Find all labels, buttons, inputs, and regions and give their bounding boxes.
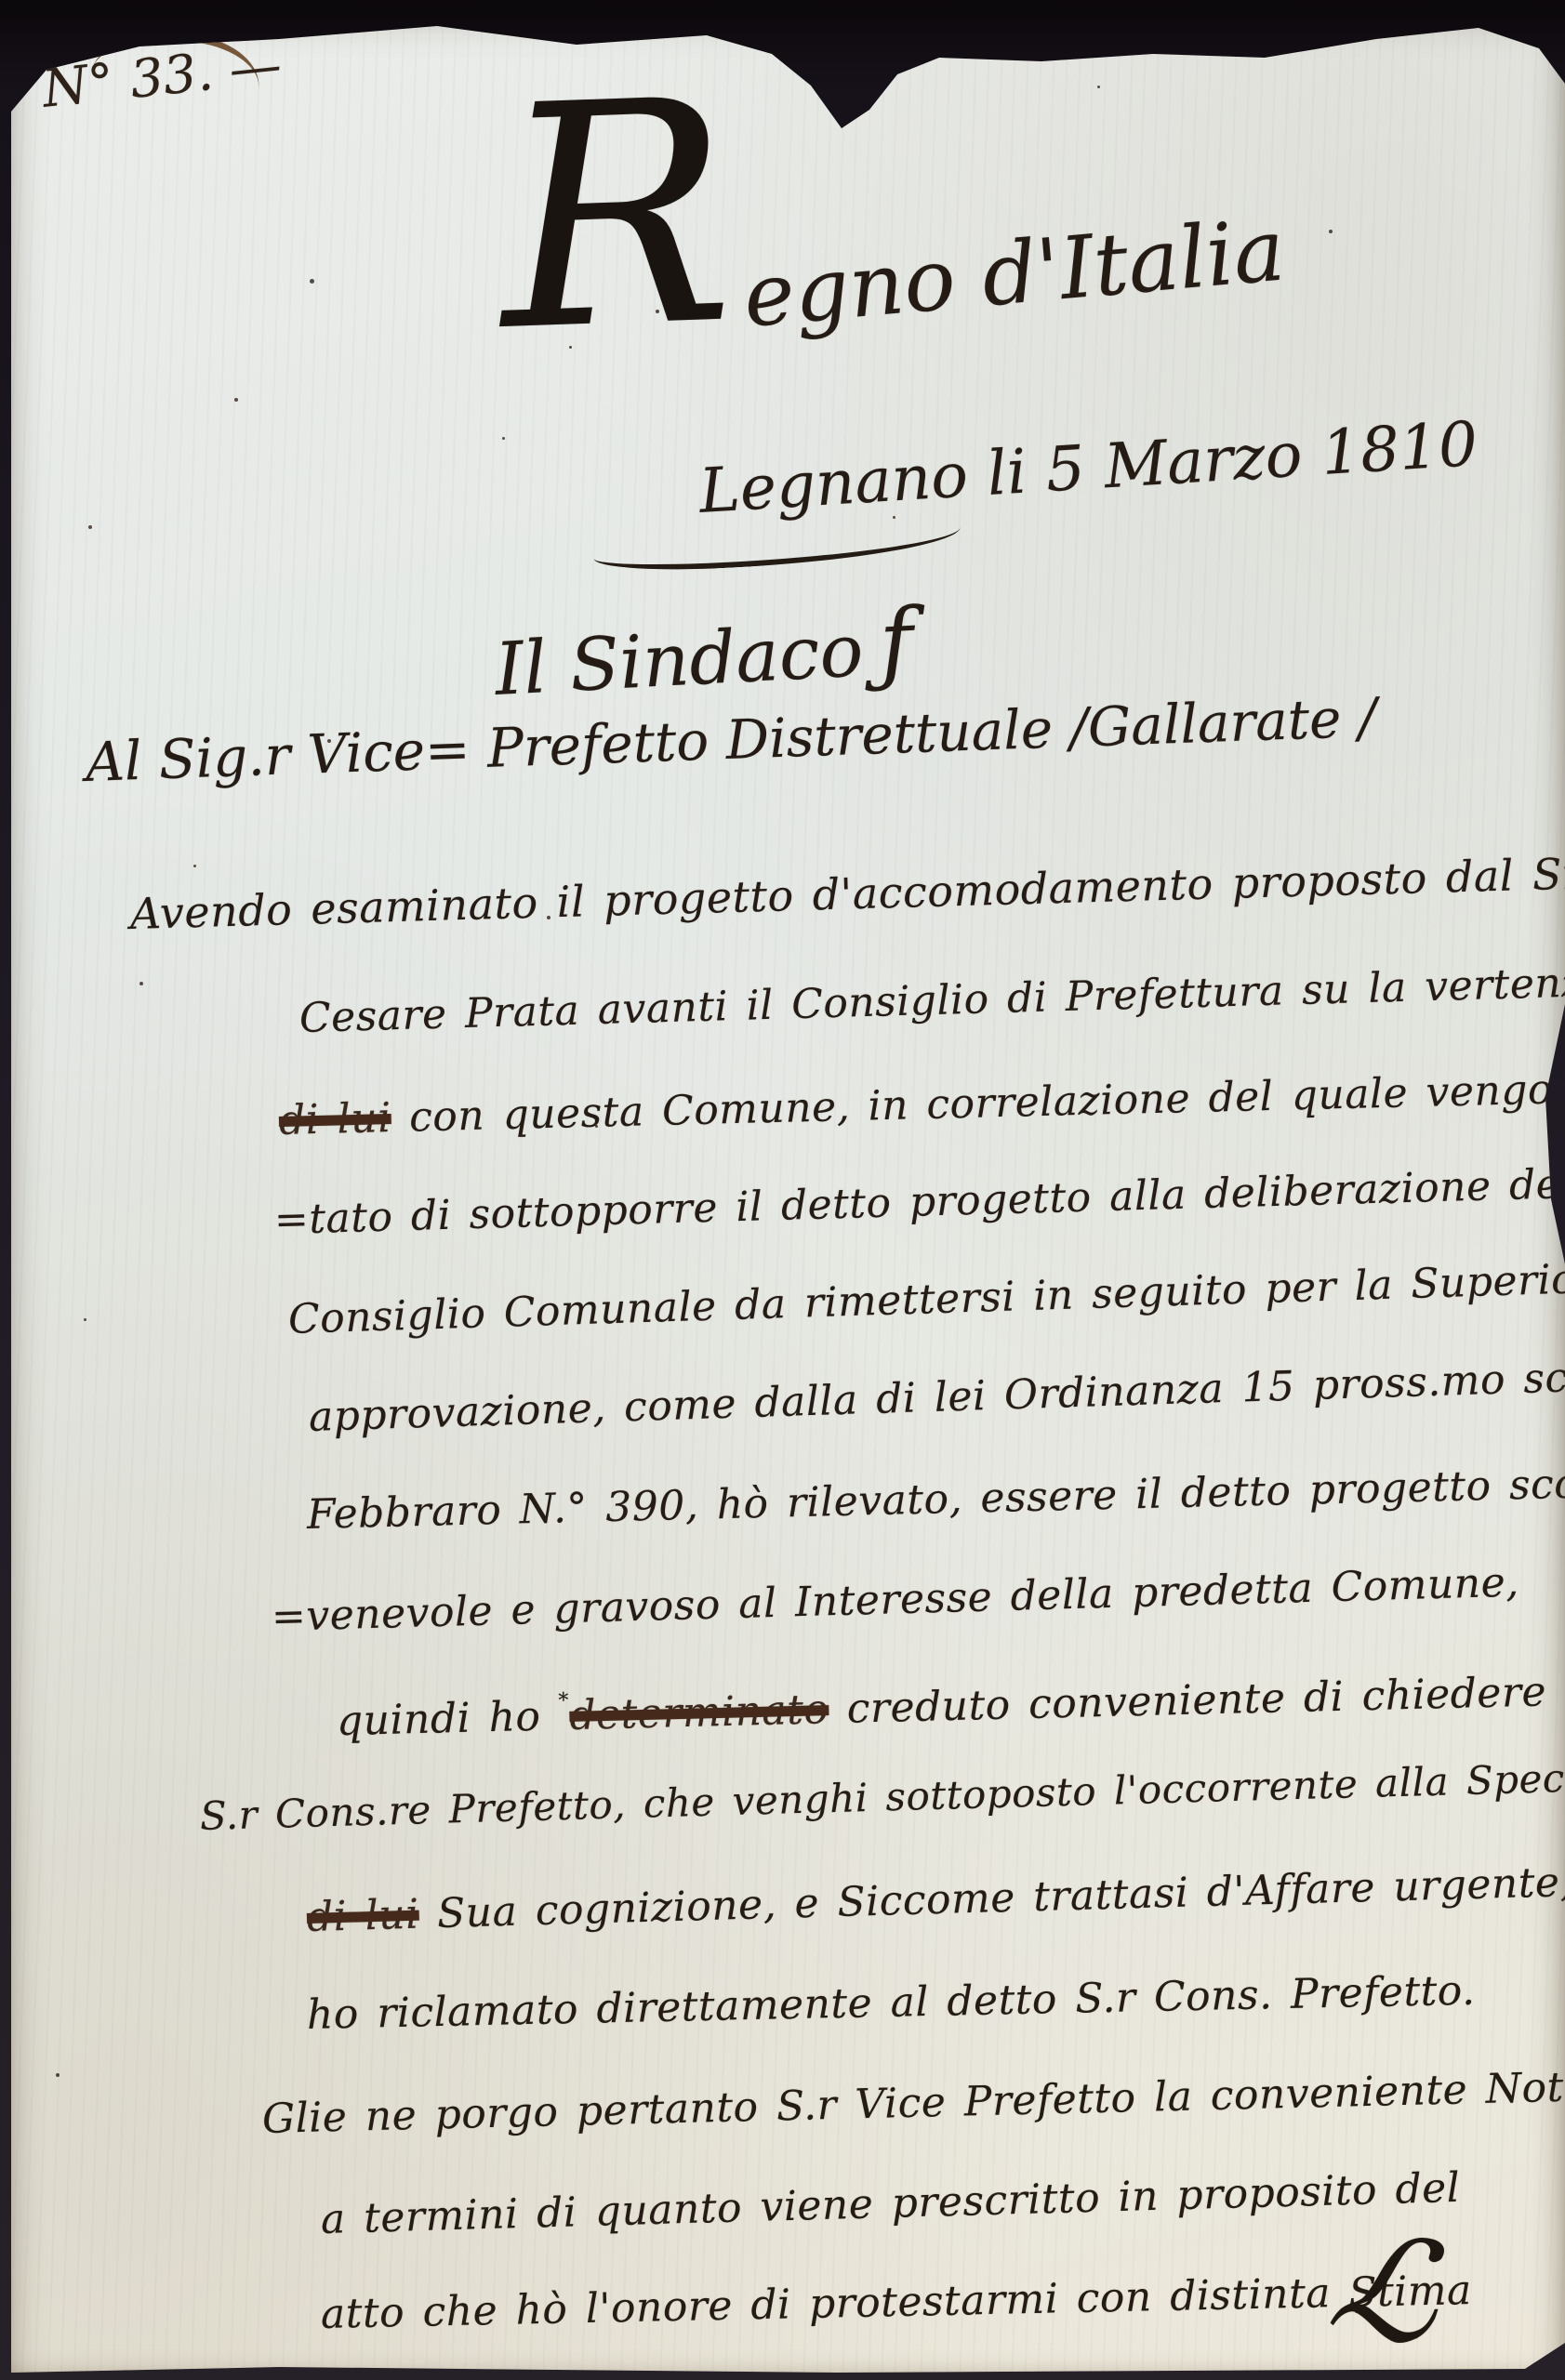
dateline: Legnano li 5 Marzo 1810 bbox=[697, 408, 1479, 527]
handwritten-text: =tato di sottopporre il detto progetto a… bbox=[273, 1160, 1565, 1244]
handwritten-text: approvazione, come dalla di lei Ordinanz… bbox=[308, 1351, 1565, 1441]
ink-speck bbox=[911, 725, 914, 728]
manuscript-line: atto che hò l'onore di protestarmi con d… bbox=[320, 2265, 1472, 2340]
handwritten-text: creduto conveniente di chiedere al bbox=[829, 1667, 1565, 1733]
ink-speck bbox=[569, 346, 572, 349]
page-title: egno d'Italia bbox=[739, 200, 1288, 346]
manuscript-paper: N° 33. — R egno d'Italia Legnano li 5 Ma… bbox=[0, 0, 1565, 2380]
sender-line: Il Sindacoƒ bbox=[492, 588, 916, 716]
manuscript-line: S.r Cons.re Prefetto, che venghi sottopo… bbox=[199, 1752, 1565, 1842]
closing-flourish: ℒ bbox=[1317, 2193, 1458, 2380]
manuscript-line: quindi ho *determinato creduto convenien… bbox=[336, 1663, 1565, 1747]
ink-speck bbox=[1329, 230, 1333, 233]
ink-speck bbox=[310, 279, 314, 284]
crossed-out-text: di lui bbox=[278, 1094, 391, 1144]
ink-speck bbox=[595, 1125, 598, 1128]
photo-background: N° 33. — R egno d'Italia Legnano li 5 Ma… bbox=[0, 0, 1565, 2380]
manuscript-line: Febbraro N.° 390, hò rilevato, essere il… bbox=[306, 1457, 1565, 1540]
handwritten-text: Glie ne porgo pertanto S.r Vice Prefetto… bbox=[261, 2062, 1565, 2143]
ink-speck bbox=[327, 739, 331, 743]
ink-speck bbox=[56, 2073, 60, 2077]
pen-flourish: ƒ bbox=[860, 588, 916, 697]
handwritten-text: Sua cognizione, e Siccome trattasi d'Aff… bbox=[418, 1858, 1565, 1938]
handwritten-text: =venevole e gravoso al Interesse della p… bbox=[271, 1559, 1519, 1641]
manuscript-line: di lui Sua cognizione, e Siccome trattas… bbox=[306, 1857, 1565, 1943]
ink-speck bbox=[1097, 86, 1100, 88]
underline-flourish bbox=[592, 511, 962, 575]
handwritten-text: Febbraro N.° 390, hò rilevato, essere il… bbox=[306, 1459, 1565, 1539]
ink-speck bbox=[84, 1318, 86, 1321]
manuscript-line: Glie ne porgo pertanto S.r Vice Prefetto… bbox=[261, 2060, 1565, 2145]
ink-speck bbox=[502, 437, 505, 440]
manuscript-line: =tato di sottopporre il detto progetto a… bbox=[273, 1158, 1565, 1246]
manuscript-line: di lui con questa Comune, in correlazion… bbox=[278, 1062, 1565, 1146]
title-initial: R bbox=[495, 59, 736, 373]
sender-text: Il Sindaco bbox=[493, 609, 865, 712]
handwritten-text: Consiglio Comunale da rimettersi in segu… bbox=[287, 1254, 1565, 1343]
manuscript-line: Cesare Prata avanti il Consiglio di Pref… bbox=[298, 957, 1565, 1044]
handwritten-text: quindi ho bbox=[336, 1692, 559, 1745]
manuscript-line: a termini di quanto viene prescritto in … bbox=[320, 2162, 1461, 2245]
ink-speck bbox=[547, 916, 550, 919]
crossed-out-text: di lui bbox=[306, 1891, 419, 1941]
crossed-out-text: determinato bbox=[569, 1686, 829, 1739]
handwritten-text: Avendo esaminato il progetto d'accomodam… bbox=[129, 847, 1565, 939]
ink-speck bbox=[88, 525, 92, 529]
handwritten-text: S.r Cons.re Prefetto, che venghi sottopo… bbox=[199, 1753, 1565, 1839]
manuscript-line: ho riclamato direttamente al detto S.r C… bbox=[306, 1965, 1476, 2041]
manuscript-line: =venevole e gravoso al Interesse della p… bbox=[271, 1557, 1519, 1643]
manuscript-line: Consiglio Comunale da rimettersi in segu… bbox=[287, 1252, 1565, 1345]
handwritten-text: a termini di quanto viene prescritto in … bbox=[320, 2164, 1461, 2243]
handwritten-text: Cesare Prata avanti il Consiglio di Pref… bbox=[298, 959, 1565, 1042]
ink-speck bbox=[193, 865, 196, 867]
ink-speck bbox=[139, 982, 143, 985]
manuscript-line: approvazione, come dalla di lei Ordinanz… bbox=[308, 1349, 1565, 1443]
ink-speck bbox=[234, 398, 238, 402]
ink-speck bbox=[656, 310, 659, 313]
ink-speck bbox=[893, 516, 895, 519]
handwritten-text: ho riclamato direttamente al detto S.r C… bbox=[306, 1967, 1476, 2039]
manuscript-line: Avendo esaminato il progetto d'accomodam… bbox=[129, 846, 1565, 942]
handwritten-text: atto che hò l'onore di protestarmi con d… bbox=[320, 2267, 1472, 2338]
handwritten-text: con questa Comune, in correlazione del q… bbox=[391, 1064, 1565, 1142]
